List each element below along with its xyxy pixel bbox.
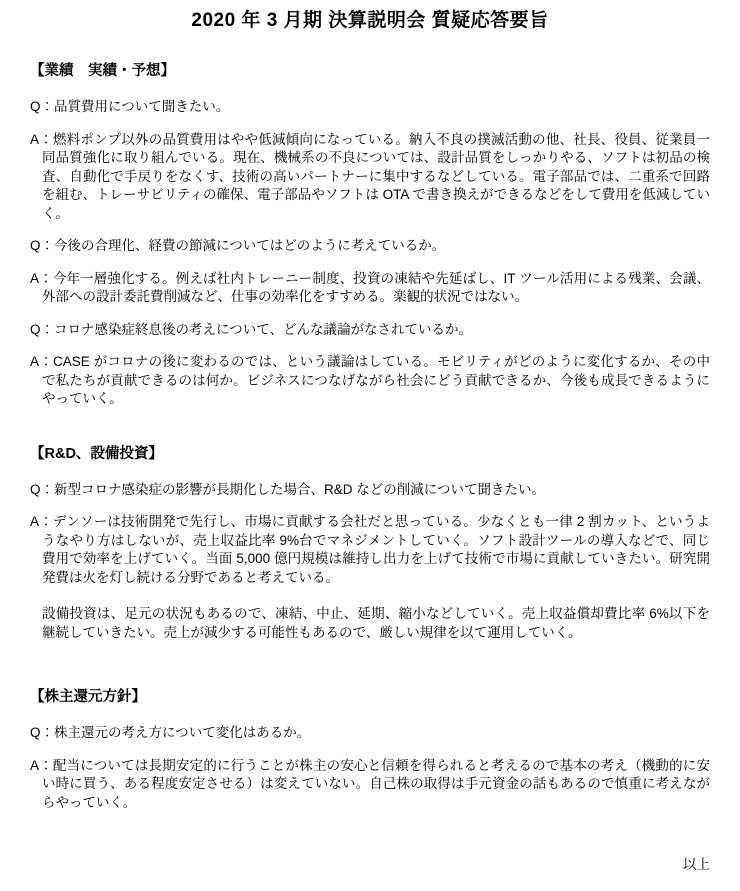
answer-post-corona: A：CASE がコロナの後に変わるのでは、という議論はしている。モビリティがどの… [30,353,710,409]
question-rd-reduction: Q：新型コロナ感染症の影響が長期化した場合、R&D などの削減について聞きたい。 [30,481,710,500]
question-quality-cost: Q：品質費用について聞きたい。 [30,98,710,117]
answer-rationalization: A：今年一層強化する。例えば社内トレーニー制度、投資の凍結や先延ばし、IT ツー… [30,270,710,307]
section-shareholder-return: 【株主還元方針】 Q：株主還元の考え方について変化はあるか。 A：配当については… [30,688,710,812]
section-performance: 【業績 実績・予想】 Q：品質費用について聞きたい。 A：燃料ポンプ以外の品質費… [30,62,710,409]
section-heading-rd-capex: 【R&D、設備投資】 [30,445,710,464]
section-rd-capex: 【R&D、設備投資】 Q：新型コロナ感染症の影響が長期化した場合、R&D などの… [30,445,710,643]
question-rationalization: Q：今後の合理化、経費の節減についてはどのように考えているか。 [30,237,710,256]
question-post-corona: Q：コロナ感染症終息後の考えについて、どんな議論がなされているか。 [30,321,710,340]
answer-rd-reduction: A：デンソーは技術開発で先行し、市場に貢献する会社だと思っている。少なくとも一律… [30,513,710,587]
document-title: 2020 年 3 月期 決算説明会 質疑応答要旨 [30,10,710,32]
document-page: 2020 年 3 月期 決算説明会 質疑応答要旨 【業績 実績・予想】 Q：品質… [0,0,740,891]
answer-shareholder-return: A：配当については長期安定的に行うことが株主の安心と信頼を得られると考えるので基… [30,757,710,813]
answer-quality-cost: A：燃料ポンプ以外の品質費用はやや低減傾向になっている。納入不良の撲滅活動の他、… [30,131,710,224]
section-heading-shareholder-return: 【株主還元方針】 [30,688,710,707]
answer-capex-continued: 設備投資は、足元の状況もあるので、凍結、中止、延期、縮小などしていく。売上収益償… [30,605,710,642]
question-shareholder-return: Q：株主還元の考え方について変化はあるか。 [30,724,710,743]
section-heading-performance: 【業績 実績・予想】 [30,62,710,81]
closing-mark: 以上 [30,856,710,875]
